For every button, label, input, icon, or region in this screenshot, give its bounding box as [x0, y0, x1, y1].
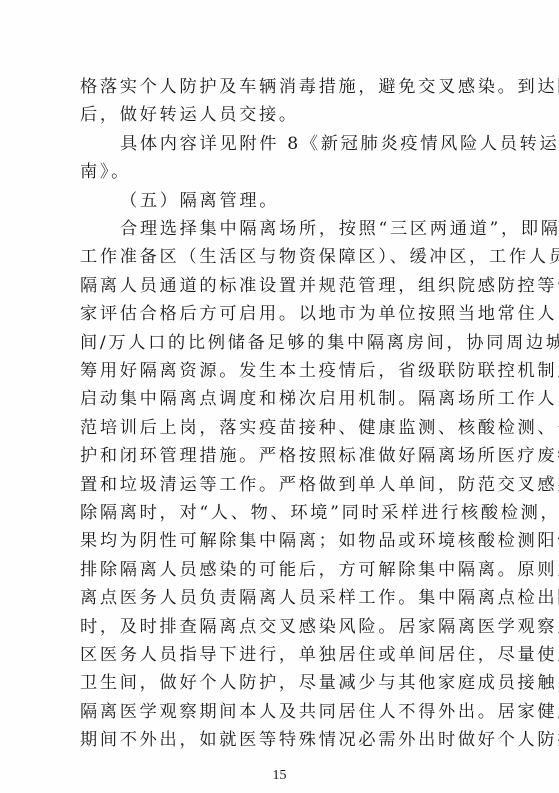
text-line: 离点医务人员负责隔离人员采样工作。集中隔离点检出阳性 [80, 588, 490, 608]
text-line: 间/万人口的比例储备足够的集中隔离房间，协同周边城市统 [80, 333, 490, 353]
text-line: 后，做好转运人员交接。 [80, 105, 490, 125]
text-line: 隔离医学观察期间本人及共同居住人不得外出。居家健康监测 [80, 702, 490, 722]
text-line: 排除隔离人员感染的可能后，方可解除集中隔离。原则上由隔 [80, 560, 490, 580]
text-line: 家评估合格后方可启用。以地市为单位按照当地常住人口 60 [80, 304, 490, 324]
text-line: 工作准备区（生活区与物资保障区）、缓冲区，工作人员通道、 [80, 247, 490, 267]
text-line: 具体内容详见附件 8《新冠肺炎疫情风险人员转运工作指 [120, 134, 530, 154]
text-line: 除隔离时，对“人、物、环境”同时采样进行核酸检测，如结 [80, 503, 490, 523]
text-line: 果均为阴性可解除集中隔离；如物品或环境核酸检测阳性，在 [80, 531, 490, 551]
text-line: 时，及时排查隔离点交叉感染风险。居家隔离医学观察应在社 [80, 617, 490, 637]
text-line: 护和闭环管理措施。严格按照标准做好隔离场所医疗废物的处 [80, 446, 490, 466]
text-line: 合理选择集中隔离场所，按照“三区两通道”，即隔离区、 [120, 219, 530, 239]
page-number: 15 [0, 768, 559, 784]
text-line: 卫生间，做好个人防护，尽量减少与其他家庭成员接触，居家 [80, 673, 490, 693]
document-page: 格落实个人防护及车辆消毒措施，避免交叉感染。到达隔离点 后，做好转运人员交接。 … [0, 0, 559, 793]
text-line: 区医务人员指导下进行，单独居住或单间居住，尽量使用单独 [80, 645, 490, 665]
section-heading: （五）隔离管理。 [120, 191, 530, 211]
text-line: 范培训后上岗，落实疫苗接种、健康监测、核酸检测、个人防 [80, 418, 490, 438]
text-line: 启动集中隔离点调度和梯次启用机制。隔离场所工作人员应规 [80, 389, 490, 409]
text-line: 格落实个人防护及车辆消毒措施，避免交叉感染。到达隔离点 [80, 77, 490, 97]
text-line: 南》。 [80, 162, 490, 182]
text-line: 筹用好隔离资源。发生本土疫情后，省级联防联控机制应立即 [80, 361, 490, 381]
text-line: 置和垃圾清运等工作。严格做到单人单间，防范交叉感染。解 [80, 475, 490, 495]
text-line: 隔离人员通道的标准设置并规范管理，组织院感防控等领域专 [80, 276, 490, 296]
text-line: 期间不外出，如就医等特殊情况必需外出时做好个人防护，尽 [80, 730, 490, 750]
